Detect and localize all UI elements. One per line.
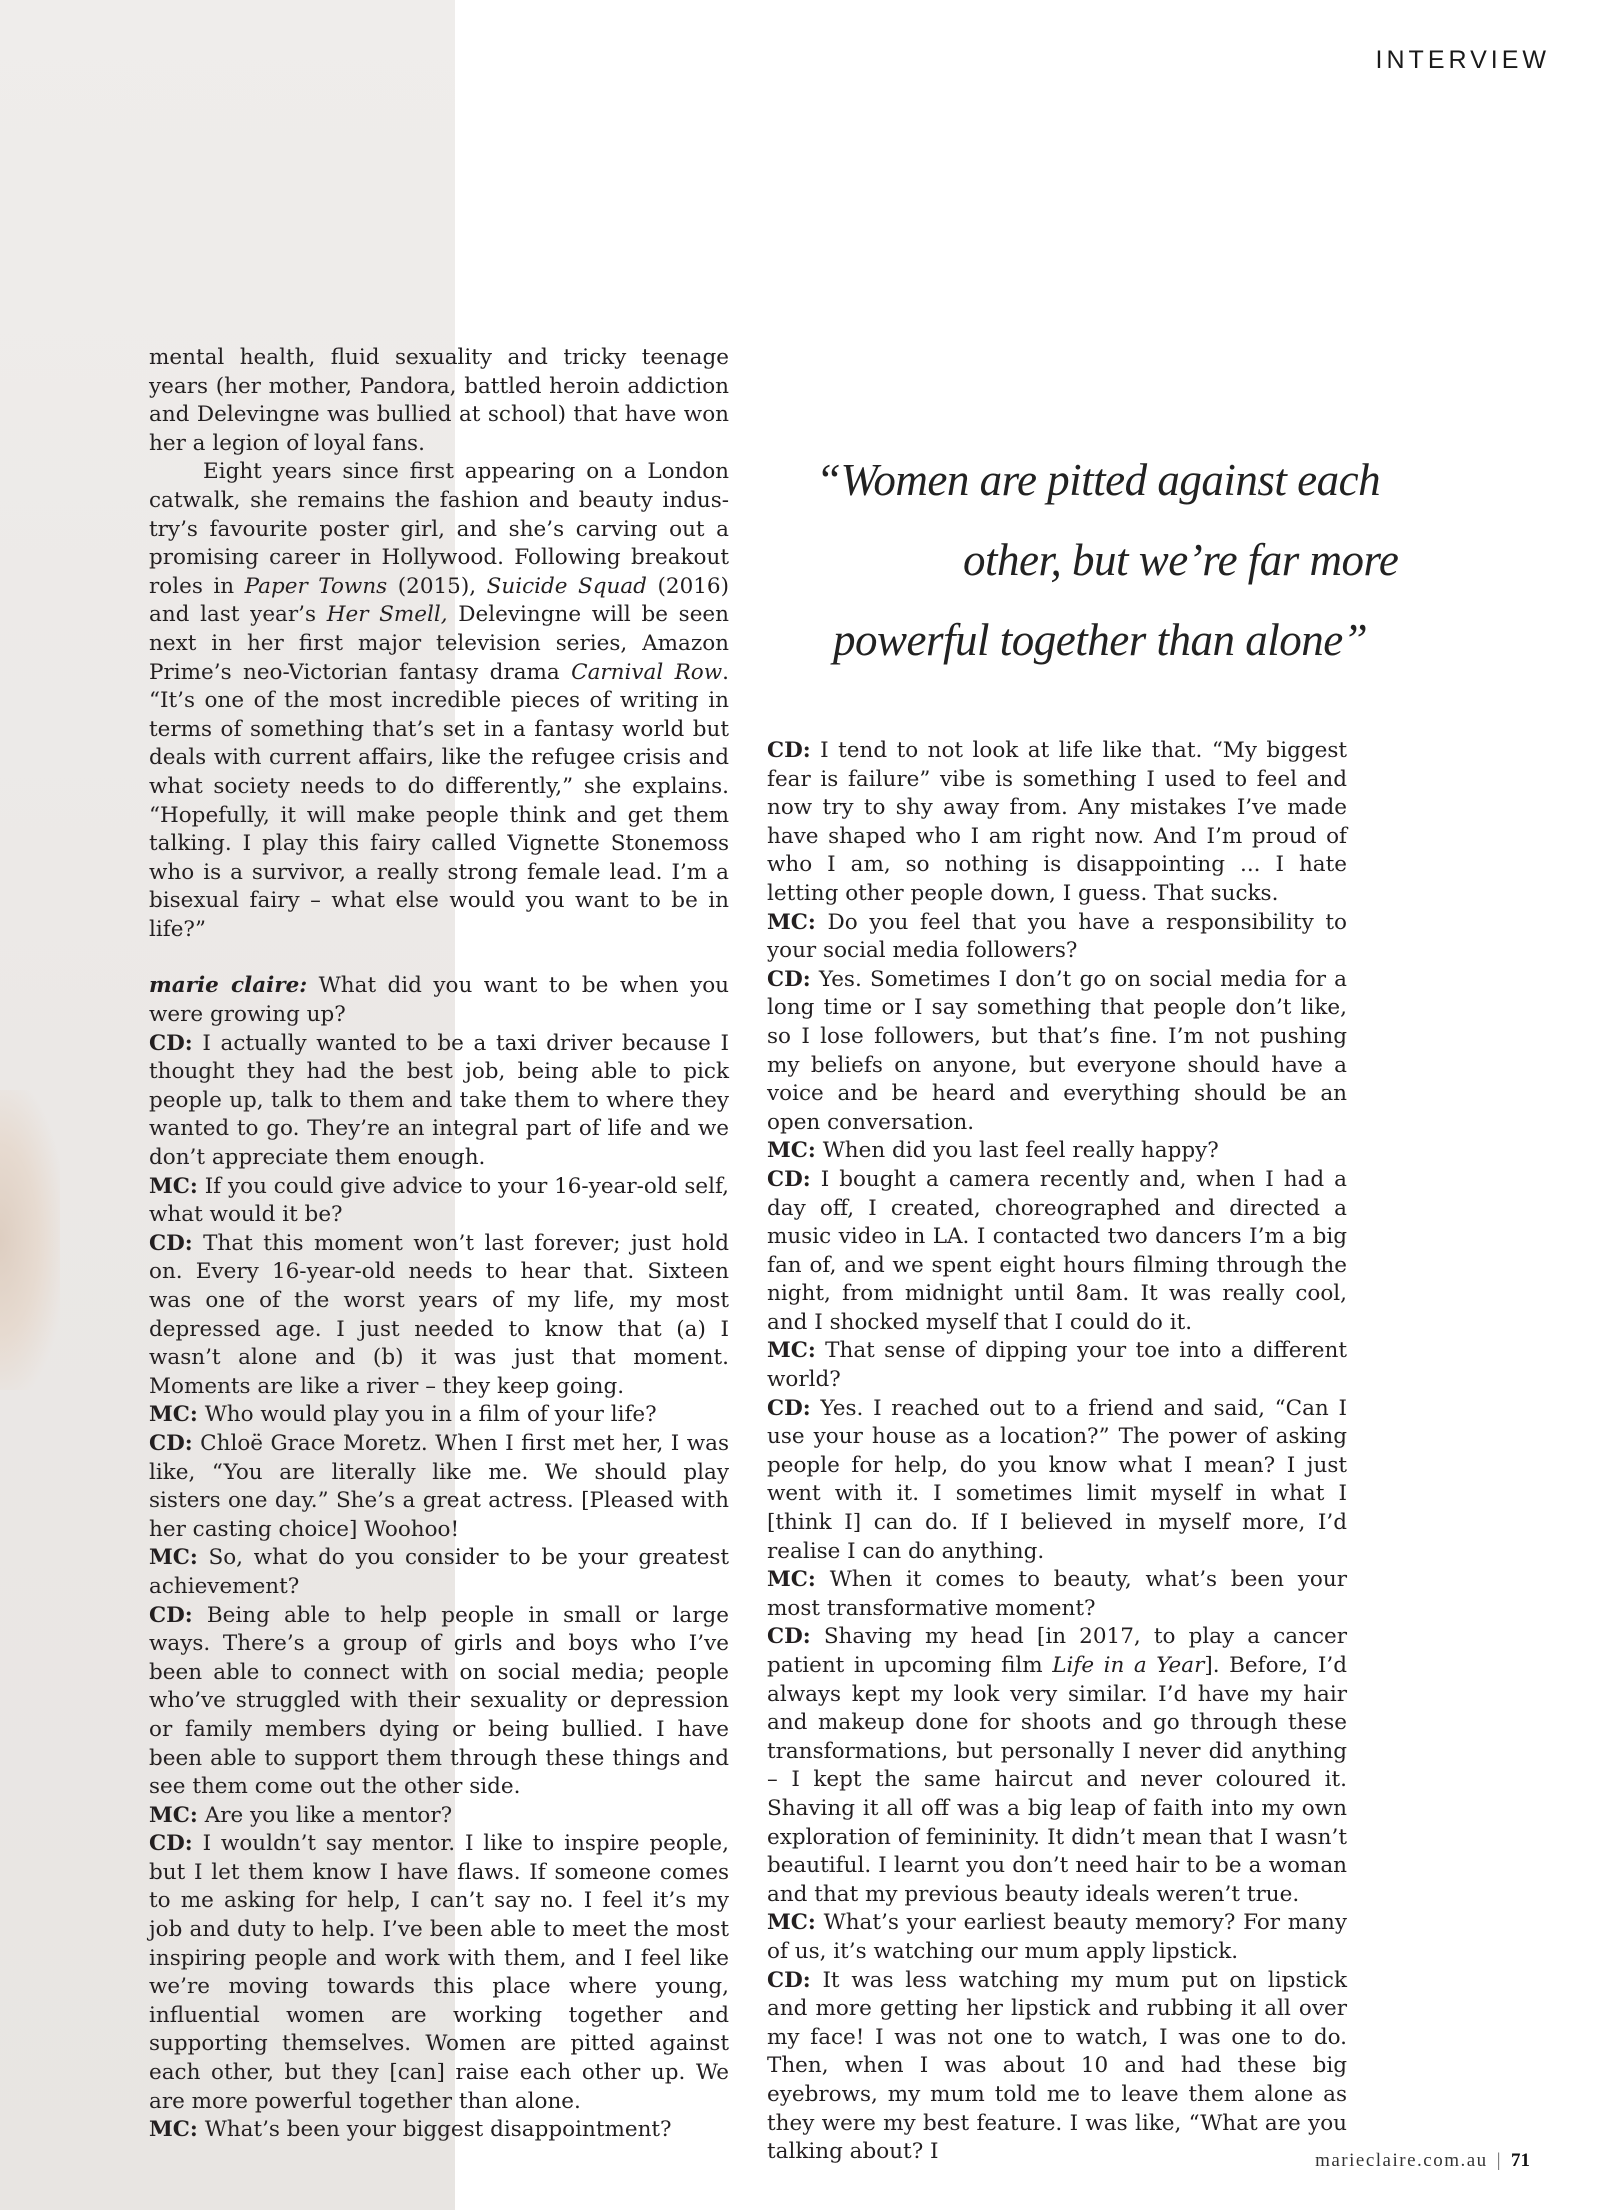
speaker-label: CD:	[149, 1831, 193, 1856]
pull-quote-line: “Women are pitted against each	[816, 454, 1380, 506]
speaker-label: CD:	[149, 1431, 193, 1456]
qa-question: MC: What’s your earliest beauty memory? …	[767, 1909, 1347, 1966]
page-number: 71	[1511, 2150, 1530, 2171]
qa-question: MC: When did you last feel really happy?	[767, 1137, 1347, 1166]
qa-answer: CD: Yes. I reached out to a friend and s…	[767, 1395, 1347, 1567]
film-title: Suicide Squad	[487, 574, 647, 599]
speaker-label: CD:	[149, 1031, 193, 1056]
speaker-label: MC:	[767, 910, 816, 935]
speaker-label: MC:	[149, 2117, 198, 2142]
film-title: Life in a Year	[1052, 1653, 1204, 1678]
qa-question: MC: That sense of dipping your toe into …	[767, 1337, 1347, 1394]
qa-answer: CD: I bought a camera recently and, when…	[767, 1166, 1347, 1338]
body-paragraph: Eight years since first appearing on a L…	[149, 458, 729, 944]
speaker-label: MC:	[767, 1338, 816, 1363]
speaker-label: MC:	[149, 1174, 198, 1199]
section-label: INTERVIEW	[1376, 46, 1550, 75]
qa-answer: CD: Yes. Sometimes I don’t go on social …	[767, 966, 1347, 1138]
qa-answer: CD: Being able to help people in small o…	[149, 1602, 729, 1802]
pull-quote-line: powerful together than alone”	[833, 614, 1367, 666]
qa-answer: CD: I wouldn’t say mentor. I like to ins…	[149, 1830, 729, 2116]
footer-separator: |	[1497, 2150, 1502, 2171]
tulle-fabric-image	[0, 1090, 60, 1390]
qa-answer: CD: I tend to not look at life like that…	[767, 737, 1347, 909]
qa-question: MC: Do you feel that you have a responsi…	[767, 909, 1347, 966]
film-title: Her Smell,	[327, 602, 448, 627]
speaker-label: CD:	[767, 967, 811, 992]
qa-question: marie claire: What did you want to be wh…	[149, 972, 729, 1029]
speaker-label: MC:	[149, 1545, 198, 1570]
page-footer: marieclaire.com.au|71	[1315, 2150, 1530, 2172]
qa-question: MC: When it comes to beauty, what’s been…	[767, 1566, 1347, 1623]
right-column: CD: I tend to not look at life like that…	[767, 737, 1347, 2167]
speaker-label: CD:	[149, 1231, 193, 1256]
qa-question: MC: Who would play you in a film of your…	[149, 1401, 729, 1430]
qa-answer: CD: That this moment won’t last forever;…	[149, 1230, 729, 1402]
qa-question: MC: Are you like a mentor?	[149, 1802, 729, 1831]
website-url: marieclaire.com.au	[1315, 2150, 1488, 2171]
speaker-label: CD:	[767, 738, 811, 763]
speaker-label: marie claire:	[149, 973, 307, 998]
speaker-label: MC:	[767, 1567, 816, 1592]
speaker-label: CD:	[149, 1603, 193, 1628]
pull-quote-line: other, but we’re far more	[963, 534, 1398, 586]
qa-answer: CD: I actually wanted to be a taxi drive…	[149, 1030, 729, 1173]
speaker-label: CD:	[767, 1167, 811, 1192]
qa-answer: CD: It was less watching my mum put on l…	[767, 1967, 1347, 2167]
speaker-label: MC:	[149, 1402, 198, 1427]
qa-question: MC: If you could give advice to your 16-…	[149, 1173, 729, 1230]
left-column: mental health, fluid sexuality and trick…	[149, 344, 729, 2145]
speaker-label: CD:	[767, 1624, 811, 1649]
film-title: Paper Towns	[245, 574, 388, 599]
series-title: Carnival Row	[571, 660, 722, 685]
speaker-label: MC:	[767, 1910, 816, 1935]
speaker-label: CD:	[767, 1396, 811, 1421]
speaker-label: CD:	[767, 1968, 811, 1993]
speaker-label: MC:	[149, 1803, 198, 1828]
speaker-label: MC:	[767, 1138, 816, 1163]
qa-question: MC: What’s been your biggest disappointm…	[149, 2116, 729, 2145]
qa-answer: CD: Shaving my head [in 2017, to play a …	[767, 1623, 1347, 1909]
qa-answer: CD: Chloë Grace Moretz. When I first met…	[149, 1430, 729, 1544]
qa-question: MC: So, what do you consider to be your …	[149, 1544, 729, 1601]
intro-paragraph: mental health, fluid sexuality and trick…	[149, 344, 729, 458]
pull-quote: “Women are pitted against each other, bu…	[800, 440, 1460, 680]
